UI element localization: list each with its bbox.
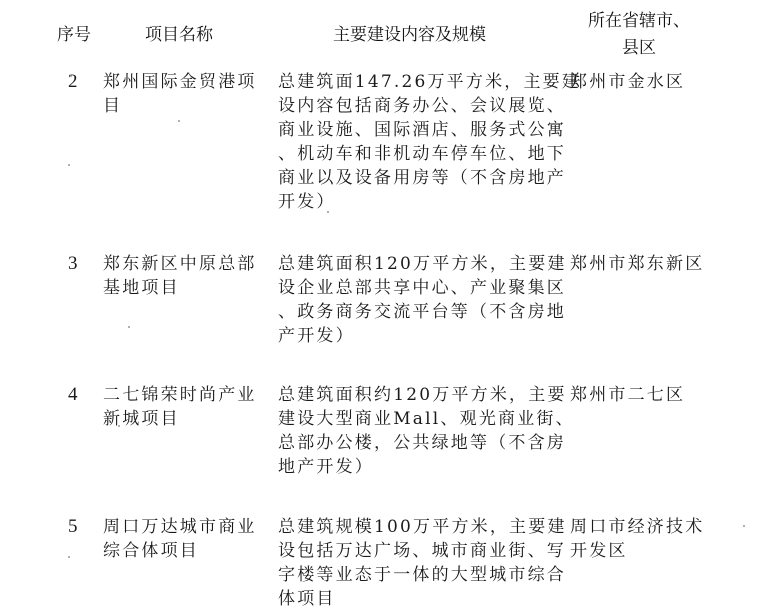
project-name: 郑州国际金贸港项 目 [103,70,271,118]
scan-speck [178,120,180,122]
project-content: 总建筑面积120万平方米，主要建 设企业总部共享中心、产业聚集区 、政务商务交流… [278,252,560,348]
project-name: 郑东新区中原总部 基地项目 [103,252,271,300]
content-line: 总建筑面积120万平方米，主要建 [278,252,560,276]
project-location: 郑州市金水区 [570,70,730,94]
scan-speck [327,211,329,213]
project-name: 周口万达城市商业 综合体项目 [103,515,271,563]
scan-speck [68,556,70,558]
project-name-line: 周口万达城市商业 [103,515,271,539]
project-name-line: 目 [103,94,271,118]
location-line: 郑州市二七区 [570,383,730,407]
content-line: 字楼等业态于一体的大型城市综合 [278,563,560,587]
content-line: 设包括万达广场、城市商业街、写 [278,539,560,563]
project-name: 二七锦荣时尚产业 新城项目 [103,383,271,431]
location-line: 周口市经济技术 [570,515,730,539]
location-line: 郑州市郑东新区 [570,252,730,276]
content-line: 总建筑规模100万平方米，主要建 [278,515,560,539]
project-name-line: 郑东新区中原总部 [103,252,271,276]
column-header-location-line2: 县区 [574,35,704,62]
project-name-line: 新城项目 [103,407,271,431]
content-line: 总建筑面积约120万平方米，主要 [278,383,560,407]
column-header-location-line1: 所在省辖市、 [574,8,704,35]
project-name-line: 二七锦荣时尚产业 [103,383,271,407]
project-location: 周口市经济技术 开发区 [570,515,730,563]
row-number: 5 [68,515,88,539]
content-line: 总建筑面147.26万平方米，主要建 [278,70,560,94]
column-header-project-name: 项目名称 [145,22,213,49]
scan-speck [68,164,70,166]
location-line: 郑州市金水区 [570,70,730,94]
project-location: 郑州市二七区 [570,383,730,407]
scan-speck [128,326,130,328]
project-location: 郑州市郑东新区 [570,252,730,276]
content-line: 开发） [278,190,560,214]
column-header-number: 序号 [57,22,91,49]
content-line: 总部办公楼，公共绿地等（不含房 [278,431,560,455]
content-line: 地产开发） [278,455,560,479]
content-line: 、政务商务交流平台等（不含房地 [278,300,560,324]
project-name-line: 基地项目 [103,276,271,300]
row-number: 2 [68,70,88,94]
project-content: 总建筑规模100万平方米，主要建 设包括万达广场、城市商业街、写 字楼等业态于一… [278,515,560,611]
content-line: 产开发） [278,324,560,348]
project-name-line: 综合体项目 [103,539,271,563]
column-header-location: 所在省辖市、 县区 [574,8,704,62]
location-line: 开发区 [570,539,730,563]
project-content: 总建筑面147.26万平方米，主要建 设内容包括商务办公、会议展览、 商业设施、… [278,70,560,214]
scan-speck [743,525,745,527]
content-line: 设内容包括商务办公、会议展览、 [278,94,560,118]
column-header-content: 主要建设内容及规模 [333,22,486,49]
content-line: 体项目 [278,587,560,611]
row-number: 4 [68,383,88,407]
scan-speck [118,425,120,427]
row-number: 3 [68,252,88,276]
content-line: 设企业总部共享中心、产业聚集区 [278,276,560,300]
scan-speck [70,75,72,77]
project-content: 总建筑面积约120万平方米，主要 建设大型商业Mall、观光商业街、 总部办公楼… [278,383,560,479]
content-line: 、机动车和非机动车停车位、地下 [278,142,560,166]
project-name-line: 郑州国际金贸港项 [103,70,271,94]
content-line: 建设大型商业Mall、观光商业街、 [278,407,560,431]
content-line: 商业以及设备用房等（不含房地产 [278,166,560,190]
content-line: 商业设施、国际酒店、服务式公寓 [278,118,560,142]
